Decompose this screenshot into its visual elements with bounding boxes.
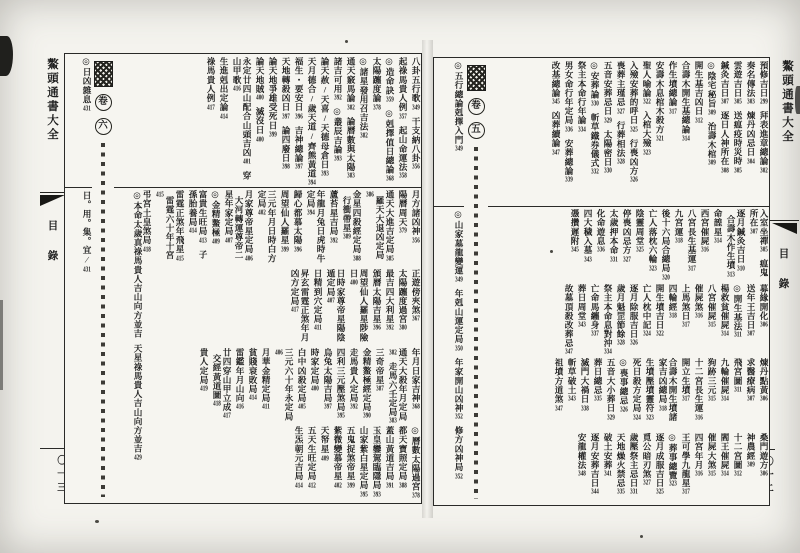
page-ref: 317 <box>682 488 690 495</box>
toc-column: 時家定局400 <box>310 348 320 425</box>
toc-entry: ◎曆數太陽過宮378 <box>411 426 421 499</box>
page-ref: 349 <box>455 145 463 152</box>
page-ref: 307 <box>747 395 755 402</box>
toc-entry: 楊救貧催屍314 <box>720 284 730 338</box>
page-ref: 378 <box>373 104 381 111</box>
toc-entry: 論天地爭雄受死日399 <box>268 57 278 138</box>
toc-column: 八卦五行歌349干支納八卦356 <box>411 57 421 187</box>
toc-column: 月方諸凶神356 <box>411 190 421 267</box>
tab-rule <box>40 192 66 193</box>
page-ref: 414 <box>249 394 257 401</box>
toc-column: 蓋山黃道吉局391 <box>385 426 395 503</box>
toc-column: 求醫療病307 <box>746 358 756 431</box>
toc-column: ◎本命太歲真祿馬貴人吉山向方並吉天星祿馬貴人吉山向方並吉429 <box>133 191 143 503</box>
toc-entry: 太陽躔度論378 <box>372 57 382 111</box>
right-band2-special: ◎山家墓龍變運349年剋山運定局350年家開山凶神352修方凶神局352 <box>434 207 464 505</box>
toc-column: 諸吉可用392◎叢辰吉論393 <box>333 57 343 187</box>
toc-column: 天帑星409 <box>320 426 330 503</box>
page-ref: 396 <box>373 324 381 331</box>
toc-entry: 九宮運318 <box>674 209 684 244</box>
toc-entry: 頒曆太陽吉星396 <box>372 269 382 332</box>
page-ref: 336 <box>597 246 605 253</box>
toc-column: 月華金精定局411 <box>261 348 271 425</box>
toc-column: 論天地爭雄受死日399 <box>268 57 278 187</box>
toc-column: 五天生旺定局412 <box>307 426 317 503</box>
toc-entry: 走馬六壬定局383 <box>388 362 398 425</box>
toc-entry: 日精到穴定局411 <box>313 269 323 332</box>
page-ref: 395 <box>337 412 345 419</box>
toc-column: 弔宮土皇煞局418 <box>143 190 152 267</box>
toc-column: 王可學九龍星317 <box>681 433 691 506</box>
toc-column: 日時家尊帝星陽陰遁定局407 <box>326 269 346 346</box>
toc-entry: 逐月除服吉日326 <box>629 284 639 347</box>
toc-column: 四利三元壓煞局395 <box>336 348 346 425</box>
toc-column: 論天地賊400滅沒日400 <box>255 57 265 187</box>
volume-number: 五 <box>468 122 485 139</box>
page-ref: 318 <box>675 237 683 244</box>
toc-entry: 五音大小葬日329 <box>606 358 616 421</box>
toc-entry: 送瘟疫時災時305 <box>733 111 743 174</box>
toc-entry: 上馬煞日317 <box>681 284 691 328</box>
toc-entry: 奏名傳法303 <box>746 61 756 105</box>
page-ref: 414 <box>189 227 197 234</box>
page-ref: 409 <box>212 238 220 245</box>
page-ref: 314 <box>721 395 729 402</box>
page-ref: 368 <box>386 175 394 182</box>
toc-column: 貧賤衰敗局414 <box>248 348 258 425</box>
page-ref: 400 <box>311 385 319 392</box>
toc-entry: 聖人喻論322 <box>642 61 652 105</box>
toc-entry: 羅天大退凶定局386 <box>365 190 385 260</box>
page-ref: 325 <box>636 246 644 253</box>
page-ref: 395 <box>360 491 368 498</box>
toc-entry: 改基總論345 <box>551 61 561 105</box>
left-content-column: 八卦五行歌349干支納八卦356起祿馬貴人例357起山命運法358◎造命訣359… <box>143 54 421 503</box>
toc-entry: 弔宮土皇煞局418 <box>143 190 152 253</box>
toc-entry: 月華金精定局411 <box>261 348 271 411</box>
page-ref: 321 <box>656 135 664 142</box>
toc-entry: 太陽密日330 <box>603 130 613 174</box>
toc-entry: 歲月魁罡節餘328 <box>616 284 626 347</box>
toc-entry: 論天地賊400 <box>255 57 265 101</box>
page-ref: 390 <box>363 412 371 419</box>
toc-entry: 年龍月兔日虎時牛定局394 <box>306 190 326 263</box>
page-ref: 415 <box>176 255 184 262</box>
toc-column: 祖墳方道煞347 <box>554 358 564 431</box>
toc-entry: 三元年月日時白方定局402 <box>257 190 277 263</box>
page-ref: 335 <box>617 488 625 495</box>
page-ref: 402 <box>258 209 266 216</box>
toc-column: 命韹星314 <box>713 209 723 282</box>
toc-entry: 三奇帝星387 <box>375 348 385 392</box>
page-ref: 329 <box>604 117 612 124</box>
page-ref: 414 <box>295 482 303 489</box>
toc-entry: 亡人枕中記324 <box>642 284 652 338</box>
page-ref: 320 <box>662 274 670 281</box>
toc-entry: 治壽木棺309 <box>707 122 717 166</box>
page-ref: 416 <box>236 403 244 410</box>
toc-column: 葬日總忌335 <box>593 358 603 431</box>
page-gutter <box>422 40 433 518</box>
toc-column: 都天寶照定局388 <box>398 426 408 503</box>
page-ref: 317 <box>682 321 690 328</box>
toc-entry: ◎山家墓龍變運349 <box>454 210 464 283</box>
toc-entry: 飛宮圖311 <box>733 358 743 393</box>
toc-entry: 行喪凶方326 <box>629 139 639 183</box>
toc-entry: 入殮安葬的呼日325 <box>629 61 639 133</box>
toc-entry: 狗跡三元315 <box>707 358 717 402</box>
toc-entry: 八宮長生基運317 <box>687 209 697 272</box>
toc-column: 廿四穿山甲立成417交經黃道圖418 <box>212 348 232 425</box>
toc-column: 雷霆正煞年飛星415雷霆六十年十宮415 <box>155 190 185 267</box>
toc-entry: 大河轉運尊帝二星年家定局407 <box>224 190 244 260</box>
toc-column: 天月德合/歲天道/齊熊黃道394 <box>307 57 317 187</box>
page-ref: 318 <box>659 405 667 412</box>
left-edge-title: 鰲頭通書大全 <box>45 58 58 142</box>
toc-row: ◎曆數太陽過宮378都天寶照定局388蓋山黃道吉局391玉皇鑾駕臨隱局393山家… <box>143 424 421 503</box>
page-ref: 326 <box>630 339 638 346</box>
page-ref: 409 <box>321 455 329 462</box>
toc-column: 雷鑑年月山向416 <box>235 348 245 425</box>
toc-column: 聖人喻論322入棺大殮323 <box>642 61 652 206</box>
right-edge-title: 鰲頭通書大全 <box>780 60 793 144</box>
page-ref: 367 <box>412 315 420 322</box>
toc-entry: 烏兔太陽吉局397 <box>323 348 333 411</box>
toc-column: 天地燥火禁忌335 <box>616 433 626 506</box>
toc-entry: 四輪經318 <box>668 284 678 319</box>
page-ref: 349 <box>412 104 420 111</box>
toc-column: 開立生墳317 <box>681 358 691 431</box>
left-contents-tab: 目 錄 <box>40 192 66 263</box>
page-ref: 407 <box>327 297 335 304</box>
toc-entry: 滅沒日400 <box>255 107 265 142</box>
page-ref: 327 <box>643 479 651 486</box>
toc-row: 年月日家吉神368通天大殺年月定局382走馬六壬定局383三奇帝星387金精鰲極… <box>143 346 421 425</box>
toc-column: 入殮安葬的呼日325行喪凶方326 <box>629 61 639 206</box>
toc-column: 神農經309 <box>746 433 756 506</box>
toc-entry: ◎開生基法311 <box>733 284 743 339</box>
toc-column: 陽曆周天379 <box>398 190 408 267</box>
page-ref: 399 <box>281 246 289 253</box>
toc-column: 四大穢入墓343 <box>583 209 593 282</box>
toc-entry: 命韹星314 <box>713 209 723 244</box>
toc-entry: 覓公暗刃煞327 <box>642 433 652 487</box>
toc-entry: 死日殺方定局324 <box>632 358 642 421</box>
toc-column: 合壽木開生墳諸家吉凶總局318 <box>658 358 678 431</box>
toc-column: 逐月成服吉日325 <box>655 433 665 506</box>
right-special-column: ◎五行總論剋擇入門349 ◎山家墓龍變運349年剋山運定局350年家開山凶神35… <box>434 58 464 505</box>
page-ref: 318 <box>669 312 677 319</box>
toc-entry: 走馬貴人定局392 <box>349 348 359 411</box>
toc-entry: 送年王吉日307 <box>746 284 756 338</box>
toc-column: 九輪催屍314 <box>720 358 730 431</box>
toc-entry: 拜表進章總論302 <box>759 111 769 174</box>
tab-char: 目 <box>48 218 59 233</box>
page-ref: 305 <box>734 167 742 174</box>
toc-column: 逐月安葬吉日344 <box>590 433 600 506</box>
scan-artifact <box>550 250 553 253</box>
page-ref: 327 <box>623 256 631 263</box>
page-ref: 330 <box>604 167 612 174</box>
toc-entry: 年家開山凶神352 <box>454 358 464 421</box>
page-ref: 326 <box>630 176 638 183</box>
toc-entry: 月方諸凶神356 <box>411 190 421 244</box>
toc-entry: 起祿馬貴人例357 <box>398 57 408 120</box>
page-ref: 345 <box>571 246 579 253</box>
tab-rule <box>769 220 799 221</box>
page-ref: 400 <box>256 94 264 101</box>
page-ref: 393 <box>321 170 329 177</box>
toc-column: 白中凶殺定局405 <box>297 348 307 425</box>
page-ref: 316 <box>701 246 709 253</box>
toc-column: ◎諸星發用召吉法382 <box>359 57 369 187</box>
toc-entry: 玉皇鑾駕臨隱局393 <box>372 426 382 498</box>
scanned-book-spread: 鰲頭通書大全 目 錄 〇一二 ◎五行總論剋擇入門349 ◎山家墓龍變運349年剋… <box>0 0 800 553</box>
toc-column: 覓公暗刃煞327 <box>642 433 652 506</box>
toc-column: 煉丹點黃306 <box>759 358 769 431</box>
page-ref: 402 <box>334 482 342 489</box>
toc-column: 開生墳吉日322 <box>655 284 665 357</box>
toc-column: 玉皇鑾駕臨隱局393 <box>372 426 382 503</box>
page-ref: 382 <box>389 349 397 356</box>
toc-entry: 合壽木開生基總論314 <box>681 61 691 142</box>
toc-entry: 逐月安葬吉日344 <box>590 433 600 496</box>
toc-entry: ◎安葬論330 <box>590 61 600 107</box>
page-ref: 323 <box>649 265 657 272</box>
toc-entry: 廿四穿山甲立成417 <box>222 348 232 420</box>
toc-entry: 王可學九龍星317 <box>681 433 691 496</box>
scan-artifact <box>640 535 643 538</box>
toc-column: 八宮催屍315 <box>707 284 717 357</box>
toc-column: ◎山家墓龍變運349年剋山運定局350年家開山凶神352修方凶神局352 <box>454 210 464 505</box>
toc-column: 蘆苔星吉局392 <box>329 190 339 267</box>
toc-column: 四宮年月316 <box>694 433 704 506</box>
toc-entry: 逐月鍼灸吉日310 <box>736 209 746 272</box>
page-ref: 341 <box>604 470 612 477</box>
page-ref: 316 <box>695 414 703 421</box>
toc-entry: 八卦五行歌349 <box>411 57 421 111</box>
page-ref: 389 <box>343 233 351 240</box>
toc-entry: 太歲押本命331 <box>609 209 619 263</box>
page-ref: 352 <box>455 413 463 420</box>
toc-column: 故墓頂殺改葬忌347 <box>564 284 574 357</box>
page-ref: 322 <box>643 98 651 105</box>
toc-entry: 紫微變慕帝星402 <box>333 426 343 489</box>
page-ref: 315 <box>708 395 716 402</box>
toc-entry: 西宮催屍316 <box>700 209 710 253</box>
toc-column: 催屍大煞315 <box>707 433 717 506</box>
toc-column: 日。用。集。宜∕431 <box>82 191 92 503</box>
toc-entry: 永定廿四山配合山頭吉凶401 <box>242 57 252 165</box>
page-ref: 431 <box>83 105 91 112</box>
page-ref: 431 <box>83 266 91 273</box>
toc-column: 閻王催屍314 <box>720 433 730 506</box>
page-ref: 417 <box>223 412 231 419</box>
toc-column: 陰靈周堂325 <box>635 209 645 282</box>
toc-entry: 起山命運法358 <box>398 126 408 180</box>
right-page-frame: ◎五行總論剋擇入門349 ◎山家墓龍變運349年剋山運定局350年家開山凶神35… <box>433 57 770 506</box>
toc-entry: 蓋山黃道吉局391 <box>385 426 395 489</box>
page-ref: 418 <box>213 400 221 407</box>
page-ref: 307 <box>721 98 729 105</box>
scan-artifact <box>0 300 3 390</box>
toc-column: 募緣開化306 <box>759 284 769 357</box>
ornament-dashes <box>101 143 105 497</box>
page-ref: 343 <box>568 395 576 402</box>
toc-entry: 作生墳總論317 <box>668 61 678 115</box>
toc-column: 開生基吉凶日312 <box>694 61 704 206</box>
toc-column: 八宮長生基運317 <box>687 209 697 282</box>
toc-entry: 都天寶照定局388 <box>398 426 408 489</box>
left-band1-special: ◎日凶雜息431 <box>65 54 92 188</box>
page-ref: 348 <box>578 470 586 477</box>
page-ref: 313 <box>727 271 735 278</box>
toc-column: 五音大小葬日329 <box>606 358 616 431</box>
tab-char: 目 <box>779 246 790 261</box>
toc-column: 福生・要安日396吉神總論397 <box>294 57 304 187</box>
toc-column: 逐月除服吉日326 <box>629 284 639 357</box>
toc-column: 貴人定局419 <box>199 348 209 425</box>
toc-entry: 慿攢遲附345 <box>570 209 580 253</box>
toc-column: 金精鰲極經定局390 <box>362 348 372 425</box>
toc-column: 作生墳總論317 <box>668 61 678 206</box>
toc-column: 狗跡三元315 <box>707 358 717 431</box>
page-ref: 330 <box>591 100 599 107</box>
page-ref: 323 <box>669 480 677 487</box>
toc-entry: ◎叢辰吉論393 <box>333 107 343 162</box>
toc-column: 九宮運318 <box>674 209 684 282</box>
toc-column: 男女命行年定局336安葬總論339 <box>564 61 574 206</box>
page-ref: 317 <box>669 108 677 115</box>
toc-entry: 滅門大禍日338 <box>580 358 590 412</box>
page-ref: 315 <box>708 321 716 328</box>
toc-entry: 煉丹點黃306 <box>759 358 769 402</box>
toc-entry: 祿馬貴人例417 <box>206 57 216 111</box>
toc-column: 正遊傍夾煞367 <box>411 269 421 346</box>
page-ref: 328 <box>617 339 625 346</box>
toc-entry: 亡人落枕六輪323 <box>648 209 658 272</box>
toc-entry: 修方凶神局352 <box>454 426 464 480</box>
toc-column: 最吉四大利星392 <box>385 269 395 346</box>
page-ref: 411 <box>314 324 322 331</box>
toc-entry: 葬日周堂343 <box>577 284 587 328</box>
page-ref: 314 <box>714 237 722 244</box>
page-ref: 308 <box>721 167 729 174</box>
toc-entry: 年月日家吉神368 <box>411 348 421 411</box>
toc-entry: 諸吉可用392 <box>333 57 343 101</box>
left-page-frame: ◎日凶雜息431 日。用。集。宜∕431 卷 六 ◎本命太歲真祿馬貴人吉山向方並… <box>64 53 422 504</box>
page-ref: 407 <box>225 237 233 244</box>
toc-entry: 安葬總論339 <box>564 139 574 183</box>
page-ref: 344 <box>591 488 599 495</box>
page-ref: 399 <box>347 482 355 489</box>
toc-row: 月方諸凶神356陽曆周天379通天大進吉定局385羅天大退凶定局386金星四殺經… <box>143 188 421 267</box>
page-ref: 314 <box>682 135 690 142</box>
toc-entry: 日時家尊帝星陽陰遁定局407 <box>326 269 346 342</box>
toc-column: 後十六局合總局320 <box>661 209 671 282</box>
toc-entry: 合壽木開生墳諸家吉凶總局318 <box>658 358 678 422</box>
toc-column: 生進剋出定論414 <box>219 57 229 187</box>
toc-entry: 祭主本命息對沖334 <box>603 284 613 356</box>
page-ref: 392 <box>334 94 342 101</box>
toc-entry: 八宮催屍315 <box>707 284 717 328</box>
page-ref: 386 <box>366 191 374 198</box>
page-ref: 379 <box>399 227 407 234</box>
toc-entry: 行葬相法328 <box>616 121 626 165</box>
toc-entry: 金精鰲極經定局390 <box>362 348 372 420</box>
toc-entry: 祖墳方道煞347 <box>554 358 564 412</box>
page-ref: 418 <box>143 246 151 253</box>
page-ref: 343 <box>584 256 592 263</box>
page-ref: 345 <box>552 98 560 105</box>
page-ref: 324 <box>633 414 641 421</box>
toc-entry: ◎陰宅秘旨309 <box>707 61 717 116</box>
left-ornament-strip: 卷 六 <box>92 54 114 503</box>
page-ref: 305 <box>760 246 768 253</box>
toc-column: 月家尊帝星定局406大河轉運尊帝二星年家定局407 <box>224 190 254 267</box>
toc-entry: 天帑星409 <box>320 426 330 461</box>
page-ref: 323 <box>643 149 651 156</box>
page-ref: 312 <box>734 470 742 477</box>
page-ref: 326 <box>620 406 628 413</box>
page-ref: 401 <box>243 158 251 165</box>
toc-entry: 逐日人神所在308 <box>720 111 730 174</box>
page-ref: 331 <box>610 256 618 263</box>
page-ref: 405 <box>298 403 306 410</box>
toc-column: 永定廿四山配合山頭吉凶401穿山甲歌416 <box>232 57 252 187</box>
right-content-column: 預修吉日299拜表進章總論302奏名傳法303煉丹凶忌日304雲遊吉日305送瘟… <box>488 58 769 505</box>
volume-char: 卷 <box>468 98 485 115</box>
page-ref: 303 <box>747 98 755 105</box>
toc-column: 起祿馬貴人例357起山命運法358 <box>398 57 408 187</box>
left-band2-special2: ◎本命太歲真祿馬貴人吉山向方並吉天星祿馬貴人吉山向方並吉429 <box>114 188 143 503</box>
page-ref: 325 <box>630 126 638 133</box>
page-ref: 406 <box>275 349 283 356</box>
toc-column: 桑門遊方306 <box>759 433 769 506</box>
toc-entry: 四利三元壓煞局395 <box>336 348 346 420</box>
toc-entry: 太陽躔度過宮380 <box>398 269 408 332</box>
toc-column: 奏名傳法303煉丹凶忌日304 <box>746 61 756 206</box>
page-ref: 316 <box>695 470 703 477</box>
toc-column: ◎日凶雜息431 <box>82 57 92 187</box>
page-ref: 352 <box>455 473 463 480</box>
page-ref: 307 <box>750 228 758 235</box>
toc-entry: 三元六十年永定局406 <box>274 348 294 421</box>
toc-entry: 雲遊吉日305 <box>733 61 743 105</box>
toc-column: ◎喪事總忌326 <box>619 358 629 431</box>
left-band1: 八卦五行歌349干支納八卦356起祿馬貴人例357起山命運法358◎造命訣359… <box>143 54 421 188</box>
toc-entry: 吉神總論397 <box>294 126 304 170</box>
page-ref: 309 <box>708 109 716 116</box>
page-ref: 416 <box>233 85 241 92</box>
toc-entry: 天地轉殺凶日397 <box>281 57 291 120</box>
toc-entry: 陽曆周天379 <box>398 190 408 234</box>
toc-entry: 催屍大煞315 <box>707 433 717 477</box>
page-ref: 356 <box>412 237 420 244</box>
page-ref: 394 <box>307 209 315 216</box>
toc-entry: 逐月成服吉日325 <box>655 433 665 496</box>
page-ref: 310 <box>737 265 745 272</box>
page-ref: 400 <box>256 136 264 143</box>
toc-entry: 歲壓祭主忌日331 <box>629 433 639 496</box>
toc-column: 祭主本命息對沖334 <box>603 284 613 357</box>
toc-entry: 十二宮圖312 <box>733 433 743 477</box>
toc-entry: ◎金精鰲極409 <box>211 190 221 245</box>
toc-entry: ◎日凶雜息431 <box>82 57 92 112</box>
toc-column: 年月日家吉神368 <box>411 348 421 425</box>
page-ref: 429 <box>134 454 142 461</box>
page-ref: 368 <box>412 403 420 410</box>
